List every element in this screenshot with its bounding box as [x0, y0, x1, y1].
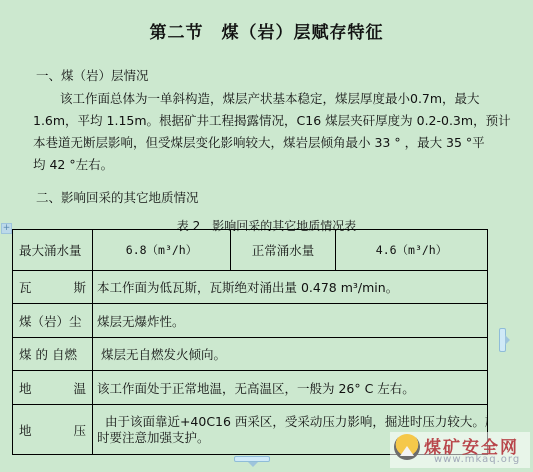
table-cell-label[interactable]: 煤（岩）尘: [13, 304, 93, 338]
watermark: 煤矿安全网 www.mkaq.org: [390, 432, 530, 468]
table-cell-value[interactable]: 煤层无自燃发火倾向。: [93, 338, 488, 371]
paragraph-line: 本巷道无断层影响，但受煤层变化影响较大，煤岩层倾角最小 33 ° ，最大 35 …: [33, 132, 485, 154]
section-heading-geology: 二、影响回采的其它地质情况: [36, 188, 199, 206]
table-cell-value[interactable]: 6.8（m³/h）: [93, 230, 231, 271]
label-char: 瓦: [19, 278, 32, 296]
label-char: 压: [73, 421, 86, 439]
table-row: 最大涌水量 6.8（m³/h） 正常涌水量 4.6（m³/h）: [13, 230, 488, 271]
watermark-url: www.mkaq.org: [434, 454, 520, 465]
mountain-logo-icon: [394, 434, 420, 460]
table-row: 地温 该工作面处于正常地温，无高温区，一般为 26° C 左右。: [13, 371, 488, 405]
paragraph-line: 1.6m，平均 1.15m。根据矿井工程揭露情况，C16 煤层夹矸厚度为 0.2…: [33, 110, 511, 132]
table-cell-label[interactable]: 最大涌水量: [13, 230, 93, 271]
label-char: 温: [73, 379, 86, 397]
table-column-resize-handle[interactable]: [499, 328, 506, 352]
value-line: 由于该面靠近+40C16 西采区，受采动压力影响，掘进时压力较大。施工: [97, 414, 483, 430]
table-row: 煤（岩）尘 煤层无爆炸性。: [13, 304, 488, 338]
table-cell-value[interactable]: 煤层无爆炸性。: [93, 304, 488, 338]
table-cell-value[interactable]: 本工作面为低瓦斯，瓦斯绝对涌出量 0.478 m³/min。: [93, 271, 488, 304]
geology-table: 最大涌水量 6.8（m³/h） 正常涌水量 4.6（m³/h） 瓦斯 本工作面为…: [12, 229, 488, 455]
label-char: 斯: [73, 278, 86, 296]
table-cell-label[interactable]: 地压: [13, 405, 93, 455]
label-char: 地: [19, 379, 32, 397]
table-row-resize-handle[interactable]: [234, 456, 270, 462]
table-cell-label[interactable]: 瓦斯: [13, 271, 93, 304]
table-cell-label[interactable]: 煤 的 自燃: [13, 338, 93, 371]
page-title: 第二节 煤（岩）层赋存特征: [0, 18, 533, 43]
table-cell-value[interactable]: 4.6（m³/h）: [336, 230, 488, 271]
paragraph-line: 该工作面总体为一单斜构造，煤层产状基本稳定，煤层厚度最小0.7m，最大: [60, 88, 480, 110]
paragraph-line: 均 42 °左右。: [33, 154, 113, 176]
label-char: 地: [19, 421, 32, 439]
section-heading-coal-seam: 一、煤（岩）层情况: [36, 66, 149, 84]
table-row: 煤 的 自燃 煤层无自燃发火倾向。: [13, 338, 488, 371]
table-cell-label[interactable]: 正常涌水量: [231, 230, 336, 271]
table-move-handle-icon[interactable]: +: [1, 223, 12, 234]
table-cell-value[interactable]: 该工作面处于正常地温，无高温区，一般为 26° C 左右。: [93, 371, 488, 405]
table-cell-label[interactable]: 地温: [13, 371, 93, 405]
table-row: 瓦斯 本工作面为低瓦斯，瓦斯绝对涌出量 0.478 m³/min。: [13, 271, 488, 304]
